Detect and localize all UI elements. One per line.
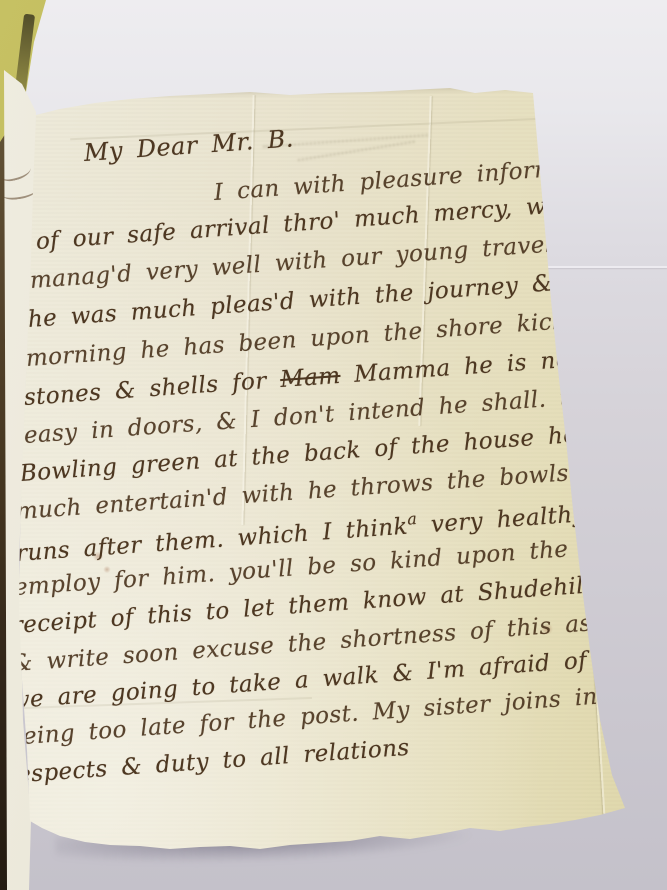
line-segment: stones & shells for — [23, 367, 281, 411]
salutation: My Dear Mr. B. — [83, 125, 294, 166]
backdrop-seam-line — [538, 266, 667, 268]
paper-top-edge-shade — [32, 84, 537, 102]
photo-of-handwritten-letter: My Dear Mr. B. I can with pleasure infor… — [0, 0, 667, 890]
line-segment: Mamma he is never — [339, 344, 609, 389]
handwritten-line: I can with pleasure inform you — [213, 153, 614, 206]
struck-out-word: Mam — [279, 363, 341, 393]
line-segment: very healthy — [416, 501, 586, 539]
letter-page: My Dear Mr. B. I can with pleasure infor… — [0, 0, 667, 890]
